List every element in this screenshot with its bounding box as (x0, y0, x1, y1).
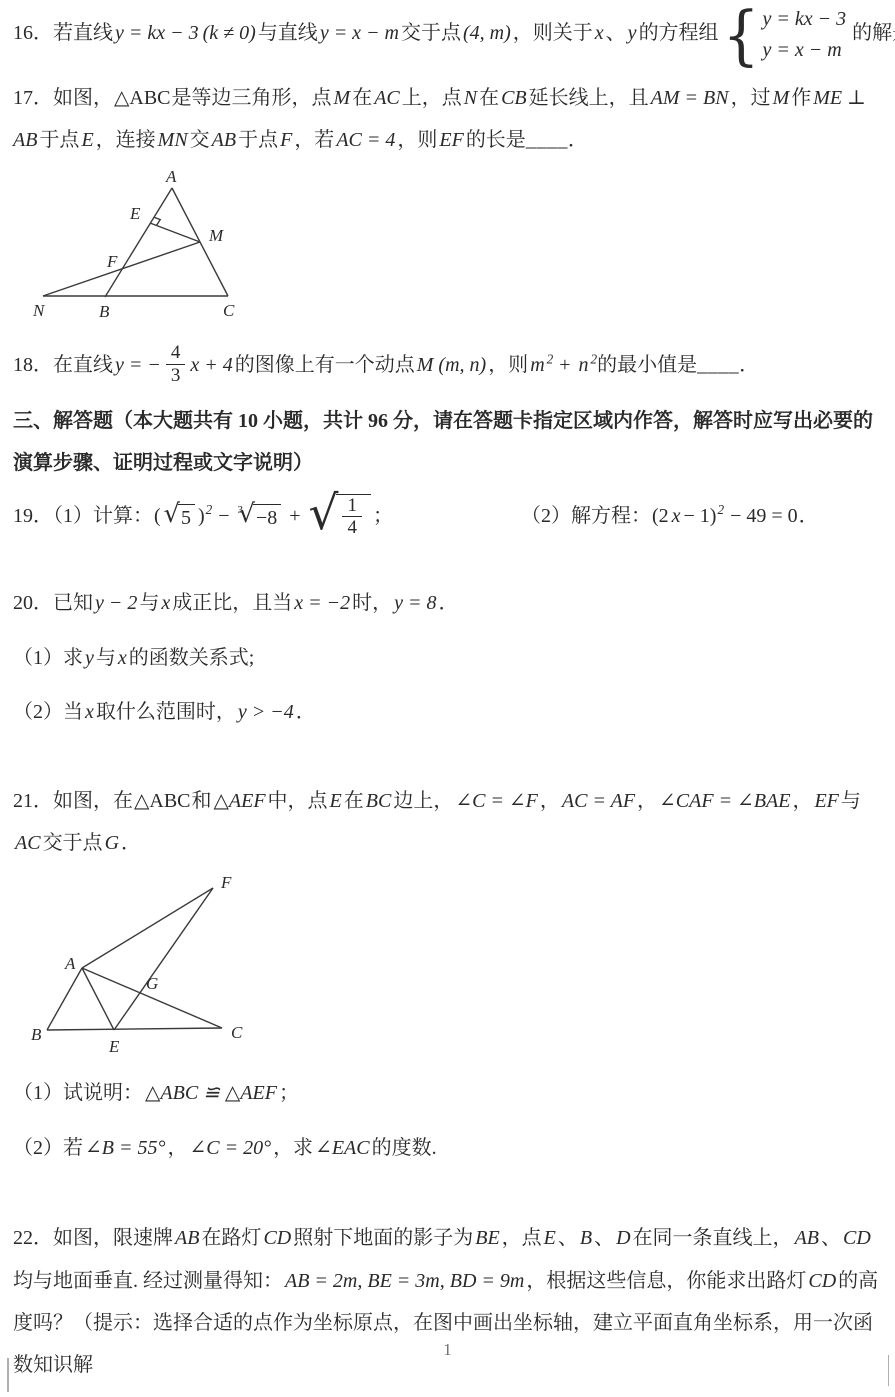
segment-ME (150, 223, 200, 242)
radicand: 5 (178, 504, 195, 530)
text-run: − 1) (684, 505, 717, 527)
text-run: (4, m) (463, 22, 511, 44)
text-run: 与直线 (258, 22, 318, 44)
text-run: （2）当 (13, 701, 83, 723)
text-run: 是等边三角形，点 (172, 87, 332, 109)
text-run: ，若 (294, 129, 334, 151)
text-run: 、 (558, 1227, 578, 1249)
text-run: 照射下地面的影子为 (293, 1227, 473, 1249)
text-run: ， (167, 1137, 187, 1159)
text-run: y = kx − 3 (115, 22, 199, 44)
text-run: AB (175, 1227, 199, 1249)
text-run: x (118, 647, 127, 669)
text-run: x (595, 22, 604, 44)
cube-root: 3√−8 (238, 504, 282, 530)
text-run: x (161, 592, 170, 614)
root-index: 3 (238, 499, 244, 522)
text-run: 延长线上，且 (529, 87, 649, 109)
section-3-header: 三、解答题（本大题共有 10 小题，共计 96 分，请在答题卡指定区域内作答，解… (13, 400, 885, 484)
left-edge-mark (7, 1358, 9, 1392)
text-run: y = x − m (320, 22, 399, 44)
text-run: ， (540, 790, 560, 812)
text-run: 的度数. (372, 1137, 437, 1159)
text-run: ， (637, 790, 657, 812)
text-run: ． (799, 505, 819, 527)
fraction-denominator: 3 (166, 365, 186, 386)
side-BC (47, 1028, 222, 1030)
question-20: 20．已知y − 2与x成正比，且当x = −2时，y = 8． (13, 582, 885, 624)
text-run: 2 (206, 502, 213, 517)
text-run: △ABC ≌ △AEF (145, 1082, 277, 1104)
text-run: △ABC (134, 790, 191, 812)
text-run: AC (374, 87, 400, 109)
fraction-numerator: 1 (342, 495, 362, 517)
text-run: 和 (192, 790, 212, 812)
question-21-part-2: （2）若∠B = 55°，∠C = 20°，求∠EAC的度数. (13, 1127, 885, 1169)
right-edge-mark (888, 1355, 890, 1386)
text-run: 、 (594, 1227, 614, 1249)
text-run: E (544, 1227, 556, 1249)
question-22: 22．如图，限速牌AB在路灯CD照射下地面的影子为BE，点E、B、D在同一条直线… (13, 1217, 885, 1387)
text-run: 三、解答题（本大题共有 10 小题，共计 96 分，请在答题卡指定区域内作答，解… (13, 410, 873, 474)
text-run: B (580, 1227, 592, 1249)
text-run: ． (568, 129, 588, 151)
text-run: BE (475, 1227, 499, 1249)
text-run: 在同一条直线上， (633, 1227, 793, 1249)
point-label-B: B (31, 1025, 42, 1044)
text-run: ∠C = ∠F (455, 790, 538, 812)
point-label-M: M (208, 226, 224, 245)
question-20-part-1: （1）求y与x的函数关系式; (13, 637, 885, 679)
exam-page: 16．若直线y = kx − 3(k ≠ 0)与直线y = x − m交于点(4… (0, 0, 895, 1387)
text-run: m (530, 354, 544, 376)
text-run: ____ (526, 129, 568, 151)
text-run: MN (158, 129, 188, 151)
text-run: 22．如图，限速牌 (13, 1227, 173, 1249)
text-run: ∠CAF = ∠BAE (659, 790, 790, 812)
text-run: 与 (139, 592, 159, 614)
text-run: y > −4 (238, 701, 294, 723)
text-run: ． (439, 592, 459, 614)
text-run: ，则关于 (513, 22, 593, 44)
question-21-diagram: F A G B E C (25, 868, 270, 1064)
text-run: 、 (606, 22, 626, 44)
text-run: 16．若直线 (13, 22, 113, 44)
text-run: x + 4 (190, 354, 232, 376)
text-run: 于点 (238, 129, 278, 151)
text-run: n (579, 354, 589, 376)
point-label-C: C (223, 301, 235, 320)
text-run: AC (15, 832, 41, 854)
text-run: 均与地面垂直. 经过测量得知： (13, 1270, 283, 1292)
question-16: 16．若直线y = kx − 3(k ≠ 0)与直线y = x − m交于点(4… (13, 6, 885, 63)
system-equation: y = x − m (762, 37, 846, 63)
radicand: −8 (253, 504, 281, 530)
question-19: 19．（1）计算：(√5)2 − 3√−8 + √14；（2）解方程：(2x− … (13, 494, 885, 541)
fraction: 43 (166, 342, 186, 386)
text-run: 17．如图， (13, 87, 113, 109)
text-run: 的最小值是 (597, 354, 697, 376)
text-run: E (330, 790, 342, 812)
text-run: AB = 2m, BE = 3m, BD = 9m (285, 1270, 524, 1292)
text-run: M (773, 87, 790, 109)
text-run: + (554, 354, 575, 376)
text-run: 时， (352, 592, 392, 614)
text-run: CB (501, 87, 527, 109)
text-run: G (105, 832, 119, 854)
question-20-part-2: （2）当x取什么范围时，y > −4． (13, 691, 885, 733)
point-label-N: N (32, 301, 46, 320)
text-run: 18．在直线 (13, 354, 113, 376)
text-run: D (616, 1227, 630, 1249)
text-run: CD (808, 1270, 836, 1292)
text-run: x = −2 (294, 592, 350, 614)
text-run: ，则 (488, 354, 528, 376)
point-label-A: A (64, 954, 76, 973)
text-run: ， (792, 790, 812, 812)
equation-system: {y = kx − 3y = x − m (723, 6, 847, 63)
square-root-of-fraction: √14 (309, 494, 371, 541)
text-run: ( (154, 505, 161, 527)
text-run: 的长是 (466, 129, 526, 151)
text-run: AM = BN (651, 87, 729, 109)
text-run: F (280, 129, 292, 151)
question-21: 21．如图，在△ABC和△AEF中，点E在BC边上，∠C = ∠F，AC = A… (13, 780, 885, 865)
text-run: 19．（1）计算： (13, 505, 153, 527)
fraction: 14 (342, 495, 362, 539)
text-run: 交于点 (401, 22, 461, 44)
text-run: 的图像上有一个动点 (235, 354, 415, 376)
radical-sign-icon: √ (309, 494, 339, 534)
text-run: 在 (479, 87, 499, 109)
text-run: 边上， (393, 790, 453, 812)
text-run: EF (439, 129, 463, 151)
radical-sign-icon: √ (164, 502, 180, 528)
horizontal-spacer (393, 521, 521, 522)
text-run: 作 (791, 87, 811, 109)
text-run: y = − (115, 354, 161, 376)
point-label-G: G (146, 974, 158, 993)
text-run: (k ≠ 0) (203, 22, 256, 44)
text-run: 的函数关系式; (129, 647, 255, 669)
question-17-diagram: A E M F N B C (25, 166, 270, 334)
text-run: AB (212, 129, 236, 151)
text-run: ____ (697, 354, 739, 376)
text-run: 与 (96, 647, 116, 669)
text-run: AC = AF (562, 790, 635, 812)
question-18: 18．在直线y = −43x + 4的图像上有一个动点M (m, n)，则m2 … (13, 344, 885, 388)
text-run: − (213, 505, 234, 527)
text-run: △ABC (114, 87, 171, 109)
text-run: 2 (547, 351, 554, 366)
text-run: 在 (344, 790, 364, 812)
text-run: 成正比，且当 (172, 592, 292, 614)
text-run: BC (366, 790, 392, 812)
text-run: y − 2 (95, 592, 137, 614)
text-run: ∠C = 20° (189, 1137, 271, 1159)
text-run: CD (263, 1227, 291, 1249)
point-label-F: F (220, 873, 232, 892)
segment-AE (82, 968, 114, 1030)
text-run: y = 8 (394, 592, 436, 614)
point-label-E: E (129, 204, 141, 223)
text-run: AB (795, 1227, 819, 1249)
text-run: 于点 (39, 129, 79, 151)
text-run: △AEF (214, 790, 266, 812)
text-run: 2 (717, 502, 724, 517)
text-run: + (284, 505, 305, 527)
text-run: 21．如图，在 (13, 790, 133, 812)
text-run: ，过 (731, 87, 771, 109)
text-run: AC = 4 (336, 129, 395, 151)
radicand: 14 (336, 494, 371, 541)
text-run: 交于点 (43, 832, 103, 854)
text-run: 中，点 (268, 790, 328, 812)
page-number: 1 (0, 1340, 895, 1360)
text-run: ∠B = 55° (85, 1137, 165, 1159)
text-run: − 49 = 0 (725, 505, 798, 527)
text-run: ，求 (273, 1137, 313, 1159)
text-run: ； (373, 505, 393, 527)
text-run: 、 (821, 1227, 841, 1249)
text-run: 交 (190, 129, 210, 151)
text-run: （2）若 (13, 1137, 83, 1159)
text-run: ． (739, 354, 759, 376)
text-run: N (464, 87, 477, 109)
segment-EF (114, 888, 213, 1030)
text-run: ∠EAC (315, 1137, 370, 1159)
fraction-numerator: 4 (166, 342, 186, 364)
text-run: E (81, 129, 93, 151)
text-run: 与 (841, 790, 861, 812)
square-root: √5 (164, 504, 195, 530)
side-BA (47, 968, 82, 1030)
text-run: ，根据这些信息，你能求出路灯 (526, 1270, 806, 1292)
fraction-denominator: 4 (342, 517, 362, 538)
text-run: 在路灯 (201, 1227, 261, 1249)
text-run: （1）求 (13, 647, 83, 669)
segment-AF (82, 888, 213, 968)
text-run: M (m, n) (417, 354, 486, 376)
text-run: 的方程组 (639, 22, 719, 44)
text-run: y (85, 647, 94, 669)
system-equation: y = kx − 3 (762, 6, 846, 32)
text-run: 取什么范围时， (96, 701, 236, 723)
text-run: （1）试说明： (13, 1082, 143, 1104)
text-run: （2）解方程： (521, 505, 651, 527)
text-run: ，则 (397, 129, 437, 151)
point-label-E: E (108, 1037, 120, 1056)
text-run: 上，点 (402, 87, 462, 109)
point-label-B: B (99, 302, 110, 321)
point-label-F: F (106, 252, 118, 271)
text-run: CD (843, 1227, 871, 1249)
text-run: 在 (352, 87, 372, 109)
text-run: M (334, 87, 351, 109)
segment-NM (43, 242, 200, 296)
text-run: 的解是 (852, 22, 895, 44)
text-run: (2 (652, 505, 669, 527)
text-run: ． (296, 701, 316, 723)
text-run: 20．已知 (13, 592, 93, 614)
text-run: x (672, 505, 681, 527)
question-17: 17．如图，△ABC是等边三角形，点M在AC上，点N在CB延长线上，且AM = … (13, 77, 885, 162)
text-run: ． (121, 832, 141, 854)
text-run: y (628, 22, 637, 44)
text-run: x (85, 701, 94, 723)
text-run: ，点 (502, 1227, 542, 1249)
text-run: ； (279, 1082, 299, 1104)
text-run: ，连接 (96, 129, 156, 151)
point-label-A: A (165, 167, 177, 186)
text-run: EF (814, 790, 838, 812)
point-label-C: C (231, 1023, 243, 1042)
question-21-part-1: （1）试说明：△ABC ≌ △AEF； (13, 1072, 885, 1114)
text-run: ) (198, 505, 205, 527)
system-lines: y = kx − 3y = x − m (762, 6, 846, 63)
